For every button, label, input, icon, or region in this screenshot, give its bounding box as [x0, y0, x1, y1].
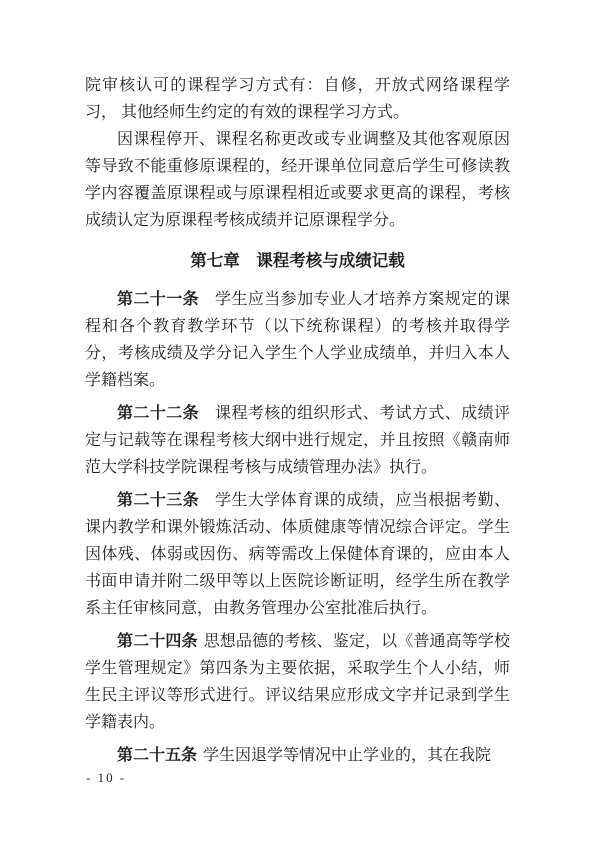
article-paragraph-22: 第二十二条课程考核的组织形式、考试方式、成绩评定与记载等在课程考核大纲中进行规定… — [85, 400, 510, 481]
article-number: 第二十一条 — [117, 291, 199, 308]
body-paragraph-course-change: 因课程停开、课程名称更改或专业调整及其他客观原因等导致不能重修原课程的，经开课单… — [85, 126, 510, 234]
document-content: 院审核认可的课程学习方式有：自修，开放式网络课程学习， 其他经师生约定的有效的课… — [85, 72, 510, 769]
continuation-paragraph: 院审核认可的课程学习方式有：自修，开放式网络课程学习， 其他经师生约定的有效的课… — [85, 72, 510, 126]
article-text: 学生因退学等情况中止学业的，其在我院 — [203, 747, 491, 764]
article-number: 第二十五条 — [117, 747, 197, 764]
chapter-heading: 第七章 课程考核与成绩记载 — [85, 247, 510, 274]
page-number: - 10 - — [86, 771, 126, 785]
article-text: 学生大学体育课的成绩，应当根据考勤、课内教学和课外锻炼活动、体质健康等情况综合评… — [85, 492, 514, 617]
document-page: 院审核认可的课程学习方式有：自修，开放式网络课程学习， 其他经师生约定的有效的课… — [0, 0, 595, 841]
article-number: 第二十二条 — [117, 405, 199, 422]
article-number: 第二十四条 — [117, 633, 198, 650]
article-paragraph-21: 第二十一条学生应当参加专业人才培养方案规定的课程和各个教育教学环节（以下统称课程… — [85, 286, 510, 394]
article-paragraph-25: 第二十五条学生因退学等情况中止学业的，其在我院 — [85, 742, 510, 769]
article-paragraph-24: 第二十四条思想品德的考核、鉴定，以《普通高等学校学生管理规定》第四条为主要依据，… — [85, 628, 510, 736]
article-number: 第二十三条 — [117, 492, 199, 509]
article-paragraph-23: 第二十三条学生大学体育课的成绩，应当根据考勤、课内教学和课外锻炼活动、体质健康等… — [85, 487, 510, 622]
